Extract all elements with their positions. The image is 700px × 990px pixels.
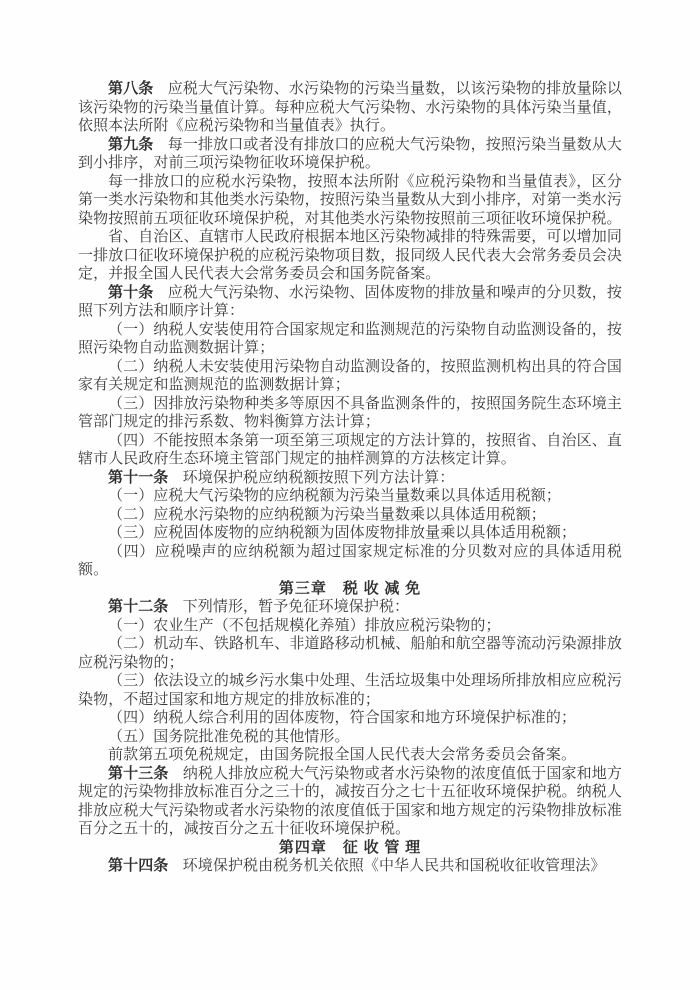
paragraph-text: 省、自治区、直辖市人民政府根据本地区污染物减排的特殊需要，可以增加同一排放口征收…: [78, 229, 622, 282]
paragraph: 第十条应税大气污染物、水污染物、固体废物的排放量和噪声的分贝数，按照下列方法和顺…: [78, 284, 622, 321]
paragraph: （三）因排放污染物种类多等原因不具备监测条件的，按照国务院生态环境主管部门规定的…: [78, 395, 622, 432]
paragraph: 第九条每一排放口或者没有排放口的应税大气污染物，按照污染当量数从大到小排序，对前…: [78, 136, 622, 173]
paragraph-text: （二）纳税人未安装使用污染物自动监测设备的，按照监测机构出具的符合国家有关规定和…: [78, 359, 622, 394]
chapter-title-text: 第三章 税 收 减 免: [279, 581, 421, 597]
article-number: 第十条: [108, 285, 153, 301]
paragraph-text: 每一排放口或者没有排放口的应税大气污染物，按照污染当量数从大到小排序，对前三项污…: [78, 137, 622, 172]
paragraph-text: （一）应税大气污染物的应纳税额为污染当量数乘以具体适用税额；: [108, 488, 561, 504]
paragraph-text: （四）纳税人综合利用的固体废物，符合国家和地方环境保护标准的；: [108, 710, 576, 726]
paragraph-text: 下列情形，暂予免征环境保护税：: [183, 599, 410, 615]
paragraph: （二）机动车、铁路机车、非道路移动机械、船舶和航空器等流动污染源排放应税污染物的…: [78, 635, 622, 672]
paragraph: 第十二条下列情形，暂予免征环境保护税：: [78, 598, 622, 617]
paragraph-text: （三）依法设立的城乡污水集中处理、生活垃圾集中处理场所排放相应应税污染物，不超过…: [78, 673, 622, 708]
paragraph-text: 前款第五项免税规定，由国务院报全国人民代表大会常务委员会备案。: [108, 747, 576, 763]
article-number: 第十三条: [108, 766, 169, 782]
paragraph: 第十三条纳税人排放应税大气污染物或者水污染物的浓度值低于国家和地方规定的污染物排…: [78, 765, 622, 839]
article-number: 第八条: [108, 81, 153, 97]
paragraph: 第十一条环境保护税应纳税额按照下列方法计算：: [78, 469, 622, 488]
paragraph-text: （二）机动车、铁路机车、非道路移动机械、船舶和航空器等流动污染源排放应税污染物的…: [78, 636, 622, 671]
paragraph: 每一排放口的应税水污染物，按照本法所附《应税污染物和当量值表》，区分第一类水污染…: [78, 173, 622, 229]
paragraph-text: （三）应税固体废物的应纳税额为固体废物排放量乘以具体适用税额；: [108, 525, 576, 541]
paragraph-text: （三）因排放污染物种类多等原因不具备监测条件的，按照国务院生态环境主管部门规定的…: [78, 396, 622, 431]
paragraph-text: （四）应税噪声的应纳税额为超过国家规定标准的分贝数对应的具体适用税额。: [78, 544, 622, 579]
paragraph: （二）纳税人未安装使用污染物自动监测设备的，按照监测机构出具的符合国家有关规定和…: [78, 358, 622, 395]
article-number: 第十二条: [108, 599, 168, 615]
paragraph: （三）依法设立的城乡污水集中处理、生活垃圾集中处理场所排放相应应税污染物，不超过…: [78, 672, 622, 709]
paragraph: （三）应税固体废物的应纳税额为固体废物排放量乘以具体适用税额；: [78, 524, 622, 543]
article-number: 第十四条: [108, 858, 168, 874]
document-page: 第八条应税大气污染物、水污染物的污染当量数，以该污染物的排放量除以该污染物的污染…: [0, 0, 700, 990]
article-number: 第九条: [108, 137, 153, 153]
paragraph: （一）农业生产（不包括规模化养殖）排放应税污染物的；: [78, 617, 622, 636]
paragraph: （五）国务院批准免税的其他情形。: [78, 728, 622, 747]
paragraph-text: （一）农业生产（不包括规模化养殖）排放应税污染物的；: [108, 618, 501, 634]
paragraph-text: （二）应税水污染物的应纳税额为污染当量数乘以具体适用税额；: [108, 507, 546, 523]
paragraph: 省、自治区、直辖市人民政府根据本地区污染物减排的特殊需要，可以增加同一排放口征收…: [78, 228, 622, 284]
chapter-heading: 第四章 征 收 管 理: [78, 839, 622, 858]
document-body: 第八条应税大气污染物、水污染物的污染当量数，以该污染物的排放量除以该污染物的污染…: [78, 80, 622, 876]
paragraph-text: （一）纳税人安装使用符合国家规定和监测规范的污染物自动监测设备的，按照污染物自动…: [78, 322, 622, 357]
paragraph: （一）应税大气污染物的应纳税额为污染当量数乘以具体适用税额；: [78, 487, 622, 506]
paragraph-text: 应税大气污染物、水污染物的污染当量数，以该污染物的排放量除以该污染物的污染当量值…: [78, 81, 622, 134]
paragraph: （一）纳税人安装使用符合国家规定和监测规范的污染物自动监测设备的，按照污染物自动…: [78, 321, 622, 358]
paragraph-text: 每一排放口的应税水污染物，按照本法所附《应税污染物和当量值表》，区分第一类水污染…: [78, 174, 622, 227]
paragraph: （二）应税水污染物的应纳税额为污染当量数乘以具体适用税额；: [78, 506, 622, 525]
paragraph: （四）应税噪声的应纳税额为超过国家规定标准的分贝数对应的具体适用税额。: [78, 543, 622, 580]
paragraph: 第十四条环境保护税由税务机关依照《中华人民共和国税收征收管理法》: [78, 857, 622, 876]
paragraph-text: 环境保护税由税务机关依照《中华人民共和国税收征收管理法》: [183, 858, 606, 874]
paragraph: 第八条应税大气污染物、水污染物的污染当量数，以该污染物的排放量除以该污染物的污染…: [78, 80, 622, 136]
paragraph-text: 应税大气污染物、水污染物、固体废物的排放量和噪声的分贝数，按照下列方法和顺序计算…: [78, 285, 622, 320]
paragraph-text: 环境保护税应纳税额按照下列方法计算：: [183, 470, 455, 486]
paragraph: （四）不能按照本条第一项至第三项规定的方法计算的，按照省、自治区、直辖市人民政府…: [78, 432, 622, 469]
article-number: 第十一条: [108, 470, 168, 486]
paragraph: （四）纳税人综合利用的固体废物，符合国家和地方环境保护标准的；: [78, 709, 622, 728]
chapter-title-text: 第四章 征 收 管 理: [279, 840, 421, 856]
chapter-heading: 第三章 税 收 减 免: [78, 580, 622, 599]
paragraph: 前款第五项免税规定，由国务院报全国人民代表大会常务委员会备案。: [78, 746, 622, 765]
paragraph-text: （五）国务院批准免税的其他情形。: [108, 729, 350, 745]
paragraph-text: （四）不能按照本条第一项至第三项规定的方法计算的，按照省、自治区、直辖市人民政府…: [78, 433, 622, 468]
